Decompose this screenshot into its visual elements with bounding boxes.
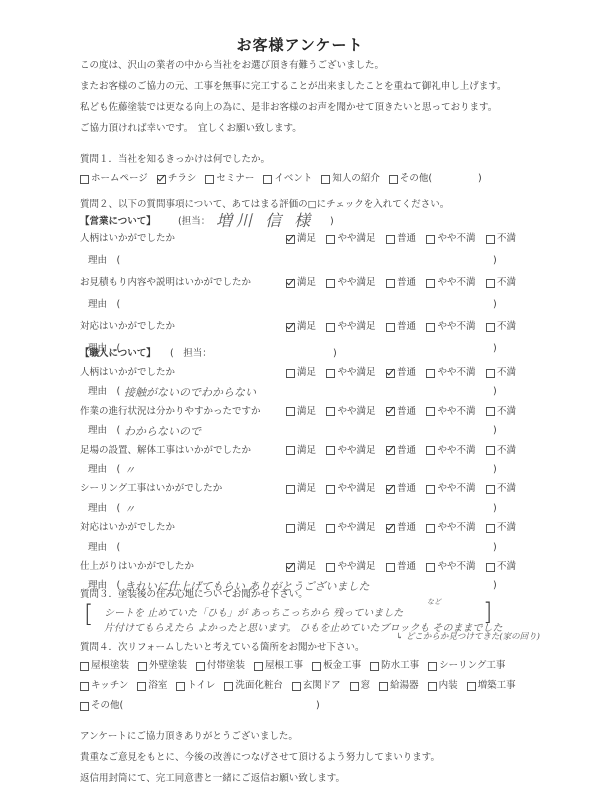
- rating-label: やや不満: [437, 522, 475, 534]
- checkbox-icon[interactable]: [486, 235, 495, 244]
- option-label: 付帯塗装: [207, 660, 245, 672]
- rating-option[interactable]: 普通: [386, 406, 416, 418]
- checkbox-checked-icon[interactable]: [386, 369, 395, 378]
- option-label: 防水工事: [381, 660, 419, 672]
- intro-line: この度は、沢山の業者の中から当社をお選び頂き有難うございました。: [80, 60, 384, 72]
- checkbox-icon[interactable]: [326, 407, 335, 416]
- rating-option[interactable]: 満足: [286, 367, 316, 379]
- checkbox-icon[interactable]: [263, 175, 272, 184]
- reason-label: 理由 (: [88, 503, 120, 515]
- rating-label: 普通: [397, 367, 416, 379]
- sales-staff-label: (担当：: [178, 216, 210, 228]
- option-label: 浴室: [148, 680, 167, 692]
- checkbox-icon[interactable]: [286, 524, 295, 533]
- rating-option[interactable]: 不満: [486, 277, 516, 289]
- checkbox-icon[interactable]: [137, 682, 146, 691]
- rating-option[interactable]: やや不満: [426, 321, 475, 333]
- craft-staff-close: ): [333, 348, 337, 360]
- checkbox-icon[interactable]: [80, 702, 89, 711]
- q1-label: 質問１．当社を知るきっかけは何でしたか。: [80, 154, 270, 166]
- checkbox-icon[interactable]: [386, 563, 395, 572]
- question-text: 仕上がりはいかがでしたか: [80, 561, 194, 573]
- q3-bracket-open: [: [84, 600, 93, 628]
- option-label: 給湯器: [390, 680, 419, 692]
- rating-label: 普通: [397, 522, 416, 534]
- checkbox-icon[interactable]: [486, 524, 495, 533]
- q1-options: ホームページ チラシ セミナー イベント 知人の紹介 その他(: [80, 173, 432, 185]
- rating-option[interactable]: 満足: [286, 277, 316, 289]
- q4-option[interactable]: 給湯器: [379, 680, 419, 692]
- rating-label: 普通: [397, 561, 416, 573]
- option-label: イベント: [274, 173, 312, 185]
- checkbox-icon[interactable]: [321, 175, 330, 184]
- rating-label: 不満: [497, 367, 516, 379]
- rating-label: 満足: [297, 445, 316, 457]
- rating-label: 満足: [297, 233, 316, 245]
- rating-label: やや不満: [437, 277, 475, 289]
- checkbox-icon[interactable]: [224, 682, 233, 691]
- rating-label: やや満足: [337, 233, 375, 245]
- rating-label: やや不満: [437, 445, 475, 457]
- q4-option[interactable]: 窓: [350, 680, 371, 692]
- reason-close: ): [493, 542, 497, 553]
- rating-option[interactable]: 普通: [386, 367, 416, 379]
- rating-option[interactable]: 不満: [486, 321, 516, 333]
- page-title: お客様アンケート: [0, 34, 600, 55]
- q4-option[interactable]: 防水工事: [370, 660, 419, 672]
- reason-close: ): [493, 503, 497, 514]
- question-text: 対応はいかがでしたか: [80, 321, 175, 333]
- checkbox-icon[interactable]: [386, 323, 395, 332]
- rating-label: 満足: [297, 277, 316, 289]
- checkbox-checked-icon[interactable]: [286, 563, 295, 572]
- rating-option[interactable]: 満足: [286, 445, 316, 457]
- rating-option[interactable]: やや不満: [426, 406, 475, 418]
- reason-close: ): [493, 580, 497, 591]
- q4-option[interactable]: 屋根塗装: [80, 660, 129, 672]
- rating-label: 不満: [497, 233, 516, 245]
- rating-option[interactable]: 不満: [486, 406, 516, 418]
- q4-other[interactable]: その他(: [80, 700, 123, 712]
- checkbox-icon[interactable]: [379, 682, 388, 691]
- q4-option[interactable]: 内装: [428, 680, 458, 692]
- checkbox-icon[interactable]: [426, 563, 435, 572]
- checkbox-icon[interactable]: [426, 485, 435, 494]
- reason-input[interactable]: わからないので: [124, 423, 201, 439]
- checkbox-icon[interactable]: [370, 662, 379, 671]
- checkbox-icon[interactable]: [312, 662, 321, 671]
- question-text: シーリング工事はいかがでしたか: [80, 483, 222, 495]
- option-label: 内装: [439, 680, 458, 692]
- craft-header: 【職人について】: [80, 348, 156, 360]
- rating-option[interactable]: 普通: [386, 483, 416, 495]
- rating-label: 不満: [497, 406, 516, 418]
- q1-option-seminar[interactable]: セミナー: [205, 173, 254, 185]
- rating-label: やや満足: [337, 277, 375, 289]
- checkbox-icon[interactable]: [326, 235, 335, 244]
- rating-label: 満足: [297, 561, 316, 573]
- q4-label: 質問４．次リフォームしたいと考えている箇所をお聞かせ下さい。: [80, 642, 365, 654]
- rating-option[interactable]: やや満足: [326, 321, 375, 333]
- rating-option[interactable]: やや満足: [326, 483, 375, 495]
- rating-label: 満足: [297, 483, 316, 495]
- rating-label: やや不満: [437, 483, 475, 495]
- rating-label: 満足: [297, 522, 316, 534]
- checkbox-checked-icon[interactable]: [286, 279, 295, 288]
- rating-option[interactable]: 普通: [386, 445, 416, 457]
- option-label: 洗面化粧台: [235, 680, 283, 692]
- rating-option[interactable]: 満足: [286, 406, 316, 418]
- checkbox-icon[interactable]: [426, 323, 435, 332]
- reason-close: ): [493, 343, 497, 354]
- intro-line: 私ども佐藤塗装では更なる向上の為に、是非お客様のお声を聞かせて頂きたいと思ってお…: [80, 102, 497, 114]
- checkbox-icon[interactable]: [426, 446, 435, 455]
- reason-input[interactable]: 〃: [124, 462, 135, 478]
- q4-option[interactable]: トイレ: [176, 680, 215, 692]
- rating-options: 満足やや満足普通やや不満不満: [286, 522, 516, 534]
- reason-label: 理由 (: [88, 299, 120, 311]
- rating-label: 不満: [497, 522, 516, 534]
- rating-label: 満足: [297, 367, 316, 379]
- rating-option[interactable]: やや満足: [326, 522, 375, 534]
- rating-option[interactable]: やや満足: [326, 367, 375, 379]
- rating-option[interactable]: 不満: [486, 522, 516, 534]
- question-text: 対応はいかがでしたか: [80, 522, 175, 534]
- rating-label: 普通: [397, 321, 416, 333]
- reason-label: 理由 (: [88, 464, 120, 476]
- rating-label: 普通: [397, 445, 416, 457]
- intro-line: ご協力頂ければ幸いです。 宜しくお願い致します。: [80, 123, 302, 135]
- q4-option[interactable]: 屋根工事: [254, 660, 303, 672]
- rating-option[interactable]: やや満足: [326, 561, 375, 573]
- checkbox-icon[interactable]: [426, 235, 435, 244]
- checkbox-checked-icon[interactable]: [386, 524, 395, 533]
- rating-option[interactable]: やや不満: [426, 561, 475, 573]
- checkbox-icon[interactable]: [326, 563, 335, 572]
- rating-label: やや不満: [437, 406, 475, 418]
- rating-label: やや満足: [337, 561, 375, 573]
- rating-label: 不満: [497, 277, 516, 289]
- rating-label: 普通: [397, 277, 416, 289]
- checkbox-checked-icon[interactable]: [386, 485, 395, 494]
- reason-input[interactable]: 接触がないのでわからない: [124, 384, 256, 400]
- checkbox-icon[interactable]: [176, 682, 185, 691]
- rating-label: やや不満: [437, 321, 475, 333]
- checkbox-icon[interactable]: [486, 407, 495, 416]
- rating-options: 満足やや満足普通やや不満不満: [286, 483, 516, 495]
- checkbox-icon[interactable]: [426, 279, 435, 288]
- option-label: 屋根工事: [265, 660, 303, 672]
- rating-option[interactable]: 普通: [386, 561, 416, 573]
- checkbox-checked-icon[interactable]: [157, 175, 166, 184]
- checkbox-icon[interactable]: [386, 279, 395, 288]
- q1-option-homepage[interactable]: ホームページ: [80, 173, 148, 185]
- checkbox-icon[interactable]: [326, 524, 335, 533]
- sales-staff-close: ): [330, 216, 334, 228]
- checkbox-icon[interactable]: [138, 662, 147, 671]
- checkbox-icon[interactable]: [254, 662, 263, 671]
- rating-label: やや不満: [437, 233, 475, 245]
- checkbox-icon[interactable]: [326, 323, 335, 332]
- rating-option[interactable]: やや不満: [426, 445, 475, 457]
- rating-label: 不満: [497, 445, 516, 457]
- checkbox-icon[interactable]: [286, 485, 295, 494]
- intro-line: またお客様のご協力の元、工事を無事に完工することが出来ましたことを重ねて御礼申し…: [80, 81, 507, 93]
- checkbox-icon[interactable]: [426, 369, 435, 378]
- option-label: その他(: [91, 700, 123, 712]
- checkbox-checked-icon[interactable]: [286, 235, 295, 244]
- rating-option[interactable]: 不満: [486, 561, 516, 573]
- rating-label: やや不満: [437, 367, 475, 379]
- checkbox-icon[interactable]: [80, 175, 89, 184]
- rating-option[interactable]: 満足: [286, 321, 316, 333]
- rating-option[interactable]: 普通: [386, 277, 416, 289]
- craft-staff-label: ( 担当：: [170, 348, 212, 360]
- rating-option[interactable]: 不満: [486, 367, 516, 379]
- option-label: 玄関ドア: [303, 680, 341, 692]
- rating-option[interactable]: 不満: [486, 483, 516, 495]
- rating-option[interactable]: やや不満: [426, 367, 475, 379]
- checkbox-icon[interactable]: [286, 407, 295, 416]
- rating-label: やや満足: [337, 367, 375, 379]
- option-label: セミナー: [216, 173, 254, 185]
- q4-option[interactable]: 増築工事: [467, 680, 516, 692]
- checkbox-icon[interactable]: [486, 323, 495, 332]
- checkbox-icon[interactable]: [326, 485, 335, 494]
- reason-label: 理由 (: [88, 425, 120, 437]
- reason-label: 理由 (: [88, 386, 120, 398]
- rating-label: 普通: [397, 233, 416, 245]
- q1-option-referral[interactable]: 知人の紹介: [321, 173, 380, 185]
- rating-label: やや満足: [337, 522, 375, 534]
- option-label: キッチン: [91, 680, 128, 692]
- reason-label: 理由 (: [88, 255, 120, 267]
- rating-option[interactable]: 満足: [286, 233, 316, 245]
- rating-label: 普通: [397, 406, 416, 418]
- option-label: 板金工事: [323, 660, 361, 672]
- reason-close: ): [493, 255, 497, 266]
- rating-option[interactable]: やや満足: [326, 277, 375, 289]
- reason-label: 理由 (: [88, 542, 120, 554]
- rating-label: 普通: [397, 483, 416, 495]
- rating-label: やや不満: [437, 561, 475, 573]
- q4-option[interactable]: 板金工事: [312, 660, 361, 672]
- question-text: お見積もり内容や説明はいかがでしたか: [80, 277, 251, 289]
- rating-option[interactable]: やや満足: [326, 445, 375, 457]
- closing-line: 返信用封筒にて、完工同意書と一緒にご返信お願い致します。: [80, 773, 345, 785]
- checkbox-icon[interactable]: [486, 563, 495, 572]
- checkbox-icon[interactable]: [326, 369, 335, 378]
- rating-options: 満足やや満足普通やや不満不満: [286, 277, 516, 289]
- checkbox-icon[interactable]: [326, 446, 335, 455]
- rating-option[interactable]: 満足: [286, 483, 316, 495]
- checkbox-icon[interactable]: [196, 662, 205, 671]
- closing-line: 貴重なご意見をもとに、今後の改善につなげさせて頂けるよう努力してまいります。: [80, 752, 440, 764]
- checkbox-icon[interactable]: [205, 175, 214, 184]
- checkbox-icon[interactable]: [80, 682, 89, 691]
- checkbox-icon[interactable]: [486, 369, 495, 378]
- option-label: 窓: [361, 680, 371, 692]
- rating-options: 満足やや満足普通やや不満不満: [286, 561, 516, 573]
- checkbox-icon[interactable]: [428, 662, 437, 671]
- rating-options: 満足やや満足普通やや不満不満: [286, 367, 516, 379]
- rating-option[interactable]: 満足: [286, 522, 316, 534]
- option-label: 増築工事: [478, 680, 516, 692]
- rating-option[interactable]: やや満足: [326, 233, 375, 245]
- q3-note-small: など: [427, 597, 441, 607]
- checkbox-icon[interactable]: [486, 279, 495, 288]
- checkbox-icon[interactable]: [326, 279, 335, 288]
- q4-option[interactable]: 洗面化粧台: [224, 680, 283, 692]
- q4-option[interactable]: シーリング工事: [428, 660, 505, 672]
- option-label: チラシ: [168, 173, 197, 185]
- rating-option[interactable]: 普通: [386, 522, 416, 534]
- checkbox-icon[interactable]: [467, 682, 476, 691]
- sales-staff-value[interactable]: 増川 信 様: [216, 208, 314, 231]
- rating-option[interactable]: やや不満: [426, 277, 475, 289]
- reason-close: ): [493, 299, 497, 310]
- rating-option[interactable]: 不満: [486, 445, 516, 457]
- rating-label: 満足: [297, 406, 316, 418]
- closing-line: アンケートにご協力頂きありがとうございました。: [80, 731, 298, 743]
- option-label: 外壁塗装: [149, 660, 187, 672]
- q3-note-arrow: ↳ どこからか見つけてきた(家の回り): [396, 630, 540, 642]
- q4-options-row1: 屋根塗装外壁塗装付帯塗装屋根工事板金工事防水工事シーリング工事: [80, 660, 505, 672]
- rating-label: やや満足: [337, 483, 375, 495]
- rating-options: 満足やや満足普通やや不満不満: [286, 233, 516, 245]
- q4-option[interactable]: 玄関ドア: [292, 680, 341, 692]
- checkbox-icon[interactable]: [286, 446, 295, 455]
- checkbox-icon[interactable]: [350, 682, 359, 691]
- rating-label: 不満: [497, 561, 516, 573]
- rating-label: 満足: [297, 321, 316, 333]
- checkbox-icon[interactable]: [286, 369, 295, 378]
- reason-close: ): [493, 464, 497, 475]
- rating-label: 不満: [497, 321, 516, 333]
- checkbox-icon[interactable]: [486, 485, 495, 494]
- q1-option-flyer[interactable]: チラシ: [157, 173, 197, 185]
- option-label: トイレ: [187, 680, 215, 692]
- rating-label: やや満足: [337, 445, 375, 457]
- rating-label: 不満: [497, 483, 516, 495]
- question-text: 足場の設置、解体工事はいかがでしたか: [80, 445, 251, 457]
- checkbox-checked-icon[interactable]: [386, 407, 395, 416]
- rating-option[interactable]: 満足: [286, 561, 316, 573]
- checkbox-icon[interactable]: [428, 682, 437, 691]
- q1-option-event[interactable]: イベント: [263, 173, 312, 185]
- checkbox-icon[interactable]: [389, 175, 398, 184]
- option-label: その他(: [400, 173, 432, 185]
- rating-option[interactable]: 普通: [386, 233, 416, 245]
- q3-label: 質問３．塗装後の住み心地についてお聞かせ下さい。: [80, 589, 308, 601]
- rating-option[interactable]: 不満: [486, 233, 516, 245]
- sales-header: 【営業について】: [80, 216, 156, 228]
- checkbox-icon[interactable]: [426, 524, 435, 533]
- reason-input[interactable]: 〃: [124, 501, 135, 517]
- q1-other-close: ): [478, 173, 482, 185]
- q4-option[interactable]: 外壁塗装: [138, 660, 187, 672]
- checkbox-checked-icon[interactable]: [286, 323, 295, 332]
- rating-option[interactable]: やや不満: [426, 522, 475, 534]
- option-label: 知人の紹介: [332, 173, 380, 185]
- checkbox-checked-icon[interactable]: [386, 446, 395, 455]
- rating-option[interactable]: やや不満: [426, 233, 475, 245]
- checkbox-icon[interactable]: [292, 682, 301, 691]
- q4-option[interactable]: キッチン: [80, 680, 128, 692]
- question-text: 人柄はいかがでしたか: [80, 233, 175, 245]
- checkbox-icon[interactable]: [80, 662, 89, 671]
- rating-option[interactable]: 普通: [386, 321, 416, 333]
- rating-option[interactable]: やや満足: [326, 406, 375, 418]
- option-label: シーリング工事: [439, 660, 505, 672]
- rating-options: 満足やや満足普通やや不満不満: [286, 321, 516, 333]
- q4-option[interactable]: 付帯塗装: [196, 660, 245, 672]
- q4-option[interactable]: 浴室: [137, 680, 167, 692]
- rating-label: やや満足: [337, 406, 375, 418]
- q3-answer-line1[interactable]: シートを 止めていた「ひも」が あっちこっちから 残っていました: [104, 604, 403, 619]
- rating-option[interactable]: やや不満: [426, 483, 475, 495]
- rating-options: 満足やや満足普通やや不満不満: [286, 406, 516, 418]
- rating-options: 満足やや満足普通やや不満不満: [286, 445, 516, 457]
- checkbox-icon[interactable]: [386, 235, 395, 244]
- question-text: 人柄はいかがでしたか: [80, 367, 175, 379]
- option-label: 屋根塗装: [91, 660, 129, 672]
- option-label: ホームページ: [91, 173, 148, 185]
- reason-close: ): [493, 425, 497, 436]
- question-text: 作業の進行状況は分かりやすかったですか: [80, 406, 261, 418]
- q1-option-other[interactable]: その他(: [389, 173, 432, 185]
- q4-other-close: ): [316, 700, 320, 712]
- checkbox-icon[interactable]: [486, 446, 495, 455]
- rating-label: やや満足: [337, 321, 375, 333]
- reason-close: ): [493, 386, 497, 397]
- checkbox-icon[interactable]: [426, 407, 435, 416]
- q4-options-row2: キッチン浴室トイレ洗面化粧台玄関ドア窓給湯器内装増築工事: [80, 680, 516, 692]
